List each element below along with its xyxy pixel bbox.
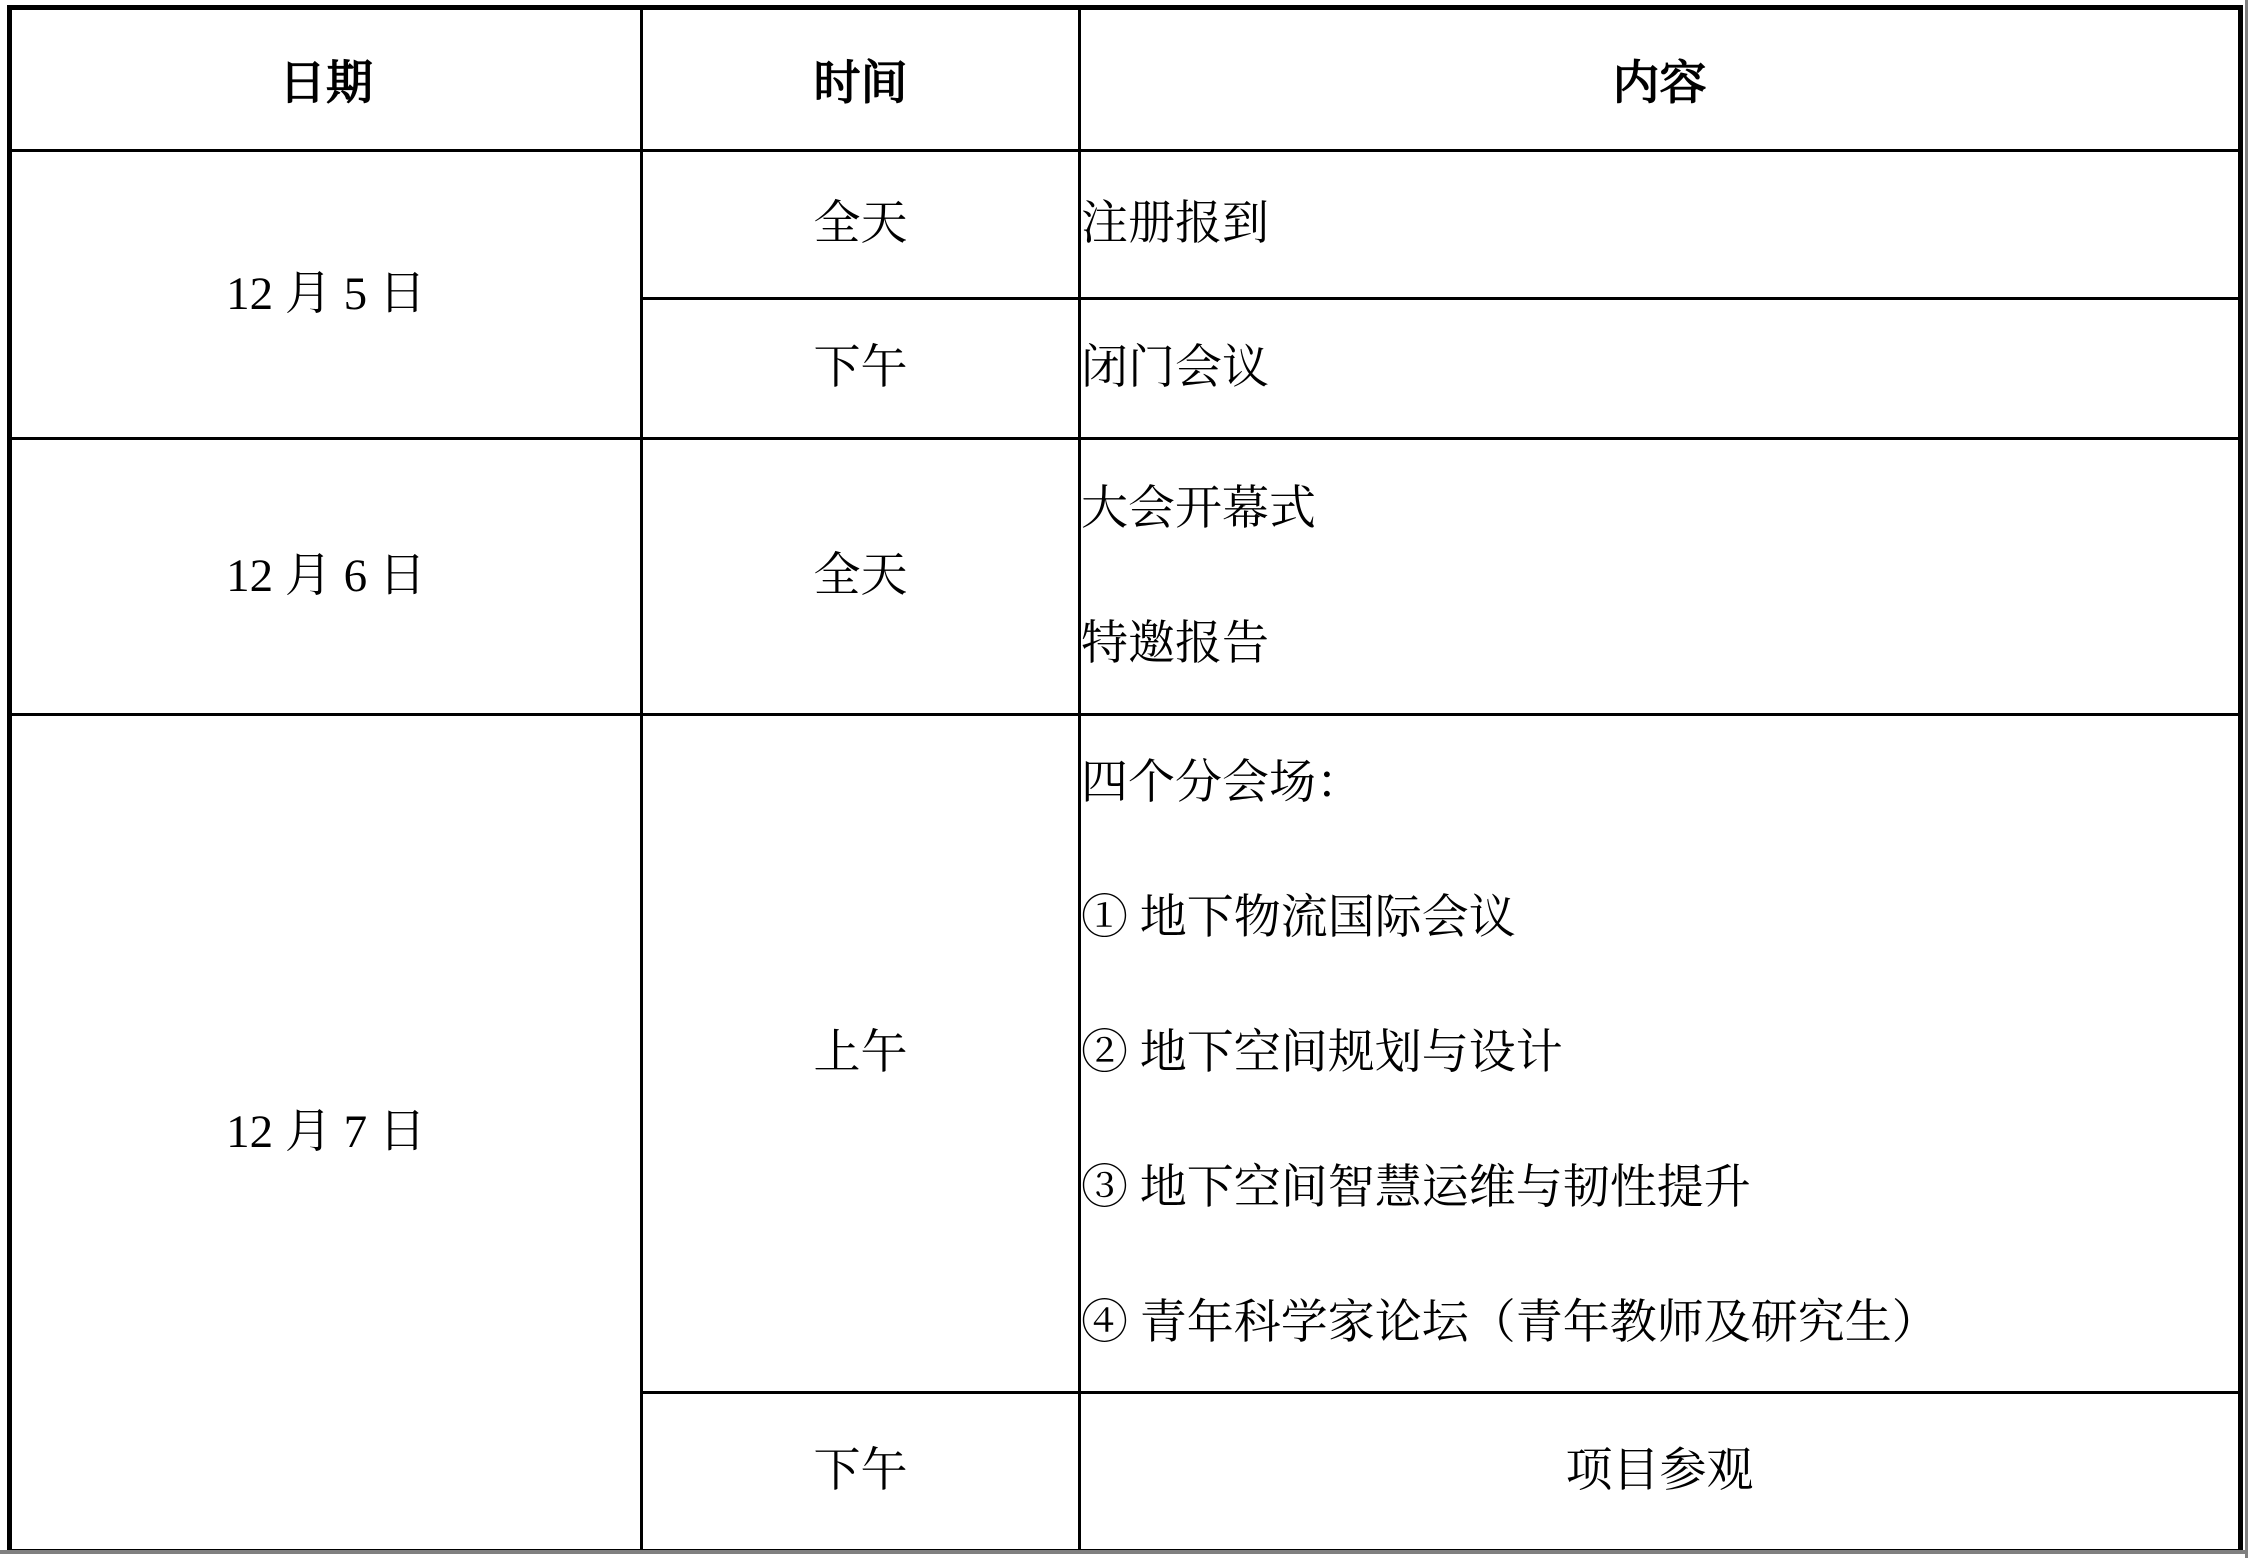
date-cell-dec-6: 12 月 6 日 bbox=[10, 439, 642, 715]
time-text: 下午 bbox=[643, 1404, 1078, 1539]
time-cell-afternoon: 下午 bbox=[642, 299, 1080, 439]
time-text: 全天 bbox=[643, 509, 1078, 644]
time-cell-allday: 全天 bbox=[642, 151, 1080, 299]
content-cell-sessions: 四个分会场： ① 地下物流国际会议 ② 地下空间规划与设计 ③ 地下空间智慧运维… bbox=[1080, 715, 2241, 1393]
content-line: 注册报到 bbox=[1081, 157, 2238, 292]
table-row: 12 月 7 日 上午 四个分会场： ① 地下物流国际会议 ② 地下空间规划与设… bbox=[10, 715, 2241, 1393]
content-line: ③ 地下空间智慧运维与韧性提升 bbox=[1081, 1121, 2238, 1256]
content-line: ① 地下物流国际会议 bbox=[1081, 851, 2238, 986]
time-cell-afternoon: 下午 bbox=[642, 1393, 1080, 1552]
header-time: 时间 bbox=[642, 8, 1080, 151]
date-text: 12 月 5 日 bbox=[12, 227, 640, 362]
date-cell-dec-7: 12 月 7 日 bbox=[10, 715, 642, 1552]
page-edge-bottom bbox=[0, 1550, 2248, 1554]
content-line: ② 地下空间规划与设计 bbox=[1081, 986, 2238, 1121]
time-text: 下午 bbox=[643, 301, 1078, 436]
date-text: 12 月 6 日 bbox=[12, 509, 640, 644]
date-text: 12 月 7 日 bbox=[12, 1065, 640, 1200]
header-date: 日期 bbox=[10, 8, 642, 151]
content-line: 四个分会场： bbox=[1081, 716, 2238, 851]
date-cell-dec-5: 12 月 5 日 bbox=[10, 151, 642, 439]
time-text: 全天 bbox=[643, 157, 1078, 292]
content-cell-site-visit: 项目参观 bbox=[1080, 1393, 2241, 1552]
time-cell-allday: 全天 bbox=[642, 439, 1080, 715]
content-cell-closed-meeting: 闭门会议 bbox=[1080, 299, 2241, 439]
content-line: 闭门会议 bbox=[1081, 301, 2238, 436]
content-line: 项目参观 bbox=[1081, 1404, 2238, 1539]
content-line: ④ 青年科学家论坛（青年教师及研究生） bbox=[1081, 1256, 2238, 1391]
header-content: 内容 bbox=[1080, 8, 2241, 151]
document-page: 日期 时间 内容 12 月 5 日 全天 注册报到 下午 闭门会议 bbox=[0, 0, 2248, 1558]
table-row: 12 月 5 日 全天 注册报到 bbox=[10, 151, 2241, 299]
time-cell-morning: 上午 bbox=[642, 715, 1080, 1393]
content-cell-opening: 大会开幕式 特邀报告 bbox=[1080, 439, 2241, 715]
content-line: 大会开幕式 bbox=[1081, 442, 2238, 577]
content-line: 特邀报告 bbox=[1081, 577, 2238, 712]
schedule-table: 日期 时间 内容 12 月 5 日 全天 注册报到 下午 闭门会议 bbox=[7, 5, 2243, 1554]
time-text: 上午 bbox=[643, 986, 1078, 1121]
content-cell-registration: 注册报到 bbox=[1080, 151, 2241, 299]
table-header-row: 日期 时间 内容 bbox=[10, 8, 2241, 151]
table-row: 12 月 6 日 全天 大会开幕式 特邀报告 bbox=[10, 439, 2241, 715]
